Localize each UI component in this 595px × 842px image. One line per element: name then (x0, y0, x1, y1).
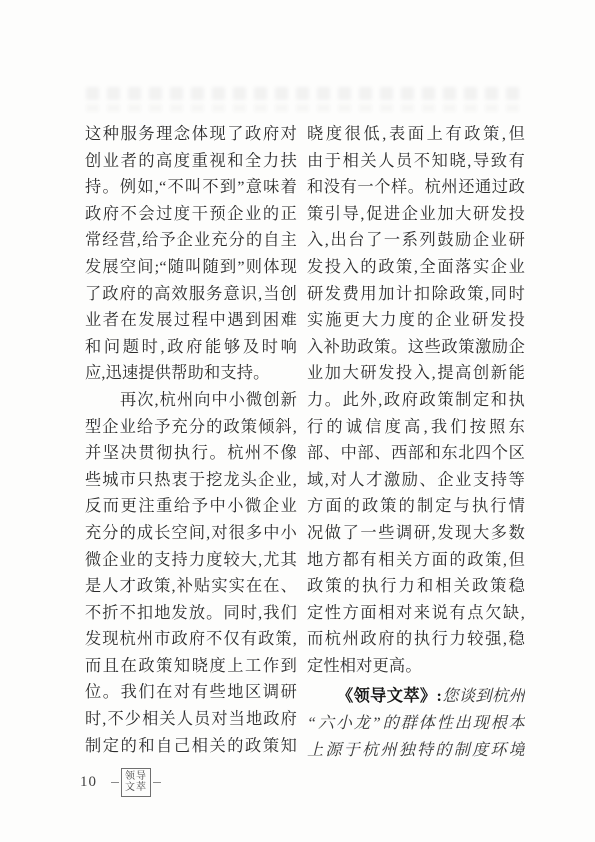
line-text: 反而更注重给予中小微企业 (85, 497, 297, 515)
line-text: 再次,杭州向中小微创新 (120, 391, 297, 409)
text-line: 策引导,促进企业加大研发投 (307, 201, 525, 228)
text-line: 政府不会过度干预企业的正 (85, 201, 297, 228)
text-line: 行的诚信度高,我们按照东 (307, 414, 525, 441)
text-line: 时,不少相关人员对当地政府 (85, 706, 297, 733)
line-text: 由于相关人员不知晓,导致有 (307, 152, 525, 170)
text-line: 地方都有相关方面的政策,但 (307, 547, 525, 574)
showthrough-ghost-text (86, 87, 524, 100)
text-line: 微企业的支持力度较大,尤其 (85, 547, 297, 574)
text-line: 定性方面相对来说有点欠缺, (307, 600, 525, 627)
line-text: 不折不扣地发放。同时,我们 (85, 604, 297, 622)
text-line: 实施更大力度的企业研发投 (307, 307, 525, 334)
text-line: 充分的成长空间,对很多中小 (85, 520, 297, 547)
line-text: 并坚决贯彻执行。杭州不像一 (85, 444, 297, 467)
text-line: 发现杭州市政府不仅有政策, (85, 626, 297, 653)
left-text-column: 这种服务理念体现了政府对创业者的高度重视和全力扶持。例如,“不叫不到”意味着政府… (85, 121, 297, 759)
page-footer: 10 领导 文萃 (80, 766, 163, 798)
logo-text-top: 领导 (125, 771, 147, 783)
line-text: 定性相对更高。 (307, 657, 422, 675)
line-text: 政策的执行力和相关政策稳 (307, 577, 525, 595)
line-text: 发展空间;“随叫随到”则体现 (85, 258, 297, 276)
text-line: 反而更注重给予中小微企业 (85, 493, 297, 520)
line-text: 发现杭州市政府不仅有政策, (85, 630, 297, 648)
line-text: 是人才政策,补贴实实在在、 (85, 577, 297, 595)
text-line: 政策的执行力和相关政策稳 (307, 573, 525, 600)
interviewer-label: 《领导文萃》: (337, 687, 442, 705)
text-line: 入,出台了一系列鼓励企业研 (307, 227, 525, 254)
magazine-page: 这种服务理念体现了政府对创业者的高度重视和全力扶持。例如,“不叫不到”意味着政府… (0, 0, 595, 842)
line-text: 而杭州政府的执行力较强,稳 (307, 630, 525, 648)
line-text: 发投入的政策,全面落实企业 (307, 258, 525, 276)
line-text: 晓度很低,表面上有政策,但 (307, 125, 525, 143)
line-text: 策引导,促进企业加大研发投 (307, 205, 525, 223)
line-text: 地方都有相关方面的政策,但 (307, 551, 525, 569)
line-text: 实施更大力度的企业研发投 (307, 311, 525, 329)
line-text: 定性方面相对来说有点欠缺, (307, 604, 525, 622)
line-text: 业者在发展过程中遇到困难 (85, 311, 297, 329)
text-line: 发展空间;“随叫随到”则体现 (85, 254, 297, 281)
text-line: 上源于杭州独特的制度环境 (307, 737, 525, 764)
text-line: 部、中部、西部和东北四个区 (307, 440, 525, 467)
text-line: 发投入的政策,全面落实企业 (307, 254, 525, 281)
showthrough-ghost-text (86, 104, 524, 112)
line-text: 时,不少相关人员对当地政府 (85, 710, 297, 728)
line-text: 研发费用加计扣除政策,同时 (307, 285, 525, 303)
line-text: 应,迅速提供帮助和支持。 (85, 364, 270, 382)
text-line: 持。例如,“不叫不到”意味着 (85, 174, 297, 201)
line-text: 入补助政策。这些政策激励企 (307, 338, 525, 356)
line-text: 和问题时,政府能够及时响 (85, 338, 297, 356)
line-text: 业加大研发投入,提高创新能 (307, 364, 525, 382)
text-line: 业者在发展过程中遇到困难 (85, 307, 297, 334)
text-line: 和没有一个样。杭州还通过政 (307, 174, 525, 201)
magazine-logo: 领导 文萃 (121, 768, 151, 797)
text-line: 入补助政策。这些政策激励企 (307, 334, 525, 361)
line-text: 持。例如,“不叫不到”意味着 (85, 178, 297, 196)
text-line: 位。我们在对有些地区调研 (85, 679, 297, 706)
text-line: 了政府的高效服务意识,当创 (85, 281, 297, 308)
line-text: 充分的成长空间,对很多中小 (85, 524, 297, 542)
line-text: 些城市只热衷于挖龙头企业, (85, 471, 297, 489)
right-text-column: 晓度很低,表面上有政策,但由于相关人员不知晓,导致有和没有一个样。杭州还通过政策… (307, 121, 525, 763)
text-line: 不折不扣地发放。同时,我们 (85, 600, 297, 627)
text-line: 而杭州政府的执行力较强,稳 (307, 626, 525, 653)
text-line: 这种服务理念体现了政府对 (85, 121, 297, 148)
line-text: 常经营,给予企业充分的自主 (85, 231, 297, 249)
text-line: 域,对人才激励、企业支持等 (307, 467, 525, 494)
line-text: 况做了一些调研,发现大多数 (307, 524, 525, 542)
line-text: 了政府的高效服务意识,当创 (85, 285, 297, 303)
text-line: 《领导文萃》:您谈到杭州 (307, 683, 525, 710)
text-line: 创业者的高度重视和全力扶 (85, 148, 297, 175)
logo-text-bottom: 文萃 (125, 782, 147, 794)
line-text: 政府不会过度干预企业的正 (85, 205, 297, 223)
text-line: 方面的政策的制定与执行情 (307, 493, 525, 520)
line-text: “六小龙”的群体性出现根本 (307, 714, 525, 732)
text-line: 业加大研发投入,提高创新能 (307, 360, 525, 387)
line-text: 方面的政策的制定与执行情 (307, 497, 525, 515)
text-line: 并坚决贯彻执行。杭州不像一 (85, 440, 297, 467)
text-line: 由于相关人员不知晓,导致有 (307, 148, 525, 175)
footer-dash-left (111, 782, 119, 783)
page-number: 10 (80, 774, 97, 791)
line-text: 微企业的支持力度较大,尤其 (85, 551, 297, 569)
text-line: 定性相对更高。 (307, 653, 525, 680)
line-text: 制定的和自己相关的政策知 (85, 737, 297, 755)
text-line: 况做了一些调研,发现大多数 (307, 520, 525, 547)
text-line: 些城市只热衷于挖龙头企业, (85, 467, 297, 494)
text-line: 力。此外,政府政策制定和执 (307, 387, 525, 414)
text-line: 型企业给予充分的政策倾斜, (85, 414, 297, 441)
text-line: 晓度很低,表面上有政策,但 (307, 121, 525, 148)
line-text: 上源于杭州独特的制度环境 (307, 741, 525, 759)
text-line: 制定的和自己相关的政策知 (85, 733, 297, 760)
line-text: 这种服务理念体现了政府对 (85, 125, 297, 143)
text-line: 是人才政策,补贴实实在在、 (85, 573, 297, 600)
text-line: 和问题时,政府能够及时响 (85, 334, 297, 361)
text-line: 而且在政策知晓度上工作到 (85, 653, 297, 680)
line-text: 入,出台了一系列鼓励企业研 (307, 231, 525, 249)
text-line: 应,迅速提供帮助和支持。 (85, 360, 297, 387)
line-text: 型企业给予充分的政策倾斜, (85, 418, 297, 436)
text-line: 常经营,给予企业充分的自主 (85, 227, 297, 254)
line-text: 域,对人才激励、企业支持等 (307, 471, 525, 489)
line-text: 和没有一个样。杭州还通过政 (307, 178, 525, 196)
line-text: 您谈到杭州 (442, 687, 525, 705)
text-line: 再次,杭州向中小微创新 (85, 387, 297, 414)
line-text: 而且在政策知晓度上工作到 (85, 657, 297, 675)
line-text: 部、中部、西部和东北四个区 (307, 444, 525, 462)
line-text: 位。我们在对有些地区调研 (85, 683, 297, 701)
line-text: 行的诚信度高,我们按照东 (307, 418, 525, 436)
line-text: 创业者的高度重视和全力扶 (85, 152, 297, 170)
text-line: “六小龙”的群体性出现根本 (307, 710, 525, 737)
line-text: 力。此外,政府政策制定和执 (307, 391, 525, 409)
footer-dash-right (153, 782, 161, 783)
text-line: 研发费用加计扣除政策,同时 (307, 281, 525, 308)
